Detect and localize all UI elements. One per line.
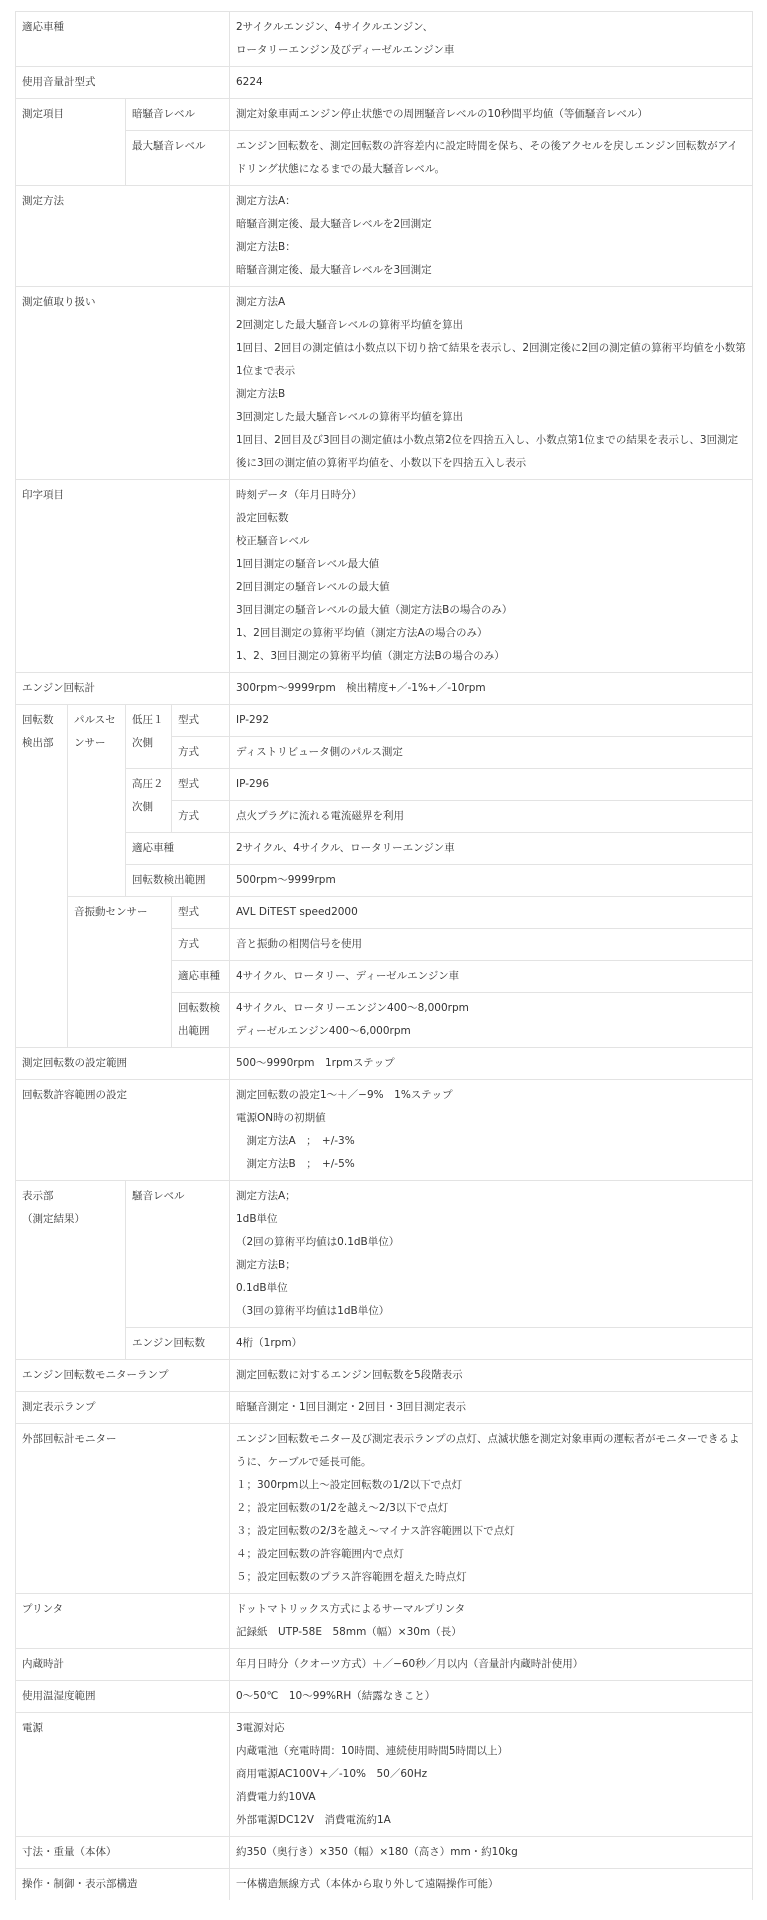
row-sound-meter-model: 使用音量計型式 6224	[16, 67, 753, 99]
value-cell: ドットマトリックス方式によるサーマルプリンタ 記録紙 UTP-58E 58mm（…	[230, 1594, 753, 1649]
value-cell: 一体構造無線方式（本体から取り外して遠隔操作可能）	[230, 1869, 753, 1901]
row-rpm-tolerance: 回転数許容範囲の設定 測定回転数の設定1～＋／−9% 1%ステップ 電源ON時の…	[16, 1080, 753, 1181]
row-power: 電源 3電源対応 内蔵電池（充電時間：10時間、連続使用時間5時間以上） 商用電…	[16, 1713, 753, 1837]
value-cell: 測定方法A； 1dB単位 （2回の算術平均値は0.1dB単位） 測定方法B； 0…	[230, 1181, 753, 1328]
value-cell: 暗騒音測定・1回目測定・2回目・3回目測定表示	[230, 1392, 753, 1424]
value-cell: 測定方法A 2回測定した最大騒音レベルの算術平均値を算出 1回目、2回目の測定値…	[230, 287, 753, 480]
sublabel-cell: 最大騒音レベル	[126, 131, 230, 186]
label-cell: 印字項目	[16, 480, 230, 673]
value-cell: 2サイクルエンジン、4サイクルエンジン、 ロータリーエンジン及びディーゼルエンジ…	[230, 12, 753, 67]
label-cell: 内蔵時計	[16, 1649, 230, 1681]
sublabel-cell: 低圧１次側	[126, 705, 172, 769]
row-pulse-low-model: 回転数検出部 パルスセンサー 低圧１次側 型式 IP-292	[16, 705, 753, 737]
value-cell: AVL DiTEST speed2000	[230, 897, 753, 929]
label-cell: 電源	[16, 1713, 230, 1837]
sublabel-cell: 適応車種	[126, 833, 230, 865]
label-cell: 使用温湿度範囲	[16, 1681, 230, 1713]
row-print-items: 印字項目 時刻データ（年月日時分） 設定回転数 校正騒音レベル 1回目測定の騒音…	[16, 480, 753, 673]
sublabel-cell: 方式	[172, 737, 230, 769]
value-cell: IP-292	[230, 705, 753, 737]
sublabel-cell: エンジン回転数	[126, 1328, 230, 1360]
value-cell: IP-296	[230, 769, 753, 801]
sublabel-cell: 騒音レベル	[126, 1181, 230, 1328]
label-cell: 測定値取り扱い	[16, 287, 230, 480]
label-cell: 表示部 （測定結果）	[16, 1181, 126, 1360]
row-display-rpm: エンジン回転数 4桁（1rpm）	[16, 1328, 753, 1360]
sublabel-cell: 音振動センサー	[68, 897, 172, 1048]
value-cell: 4サイクル、ロータリー、ディーゼルエンジン車	[230, 961, 753, 993]
sublabel-cell: パルスセンサー	[68, 705, 126, 897]
row-value-handling: 測定値取り扱い 測定方法A 2回測定した最大騒音レベルの算術平均値を算出 1回目…	[16, 287, 753, 480]
row-pulse-range: 回転数検出範囲 500rpm～9999rpm	[16, 865, 753, 897]
label-cell: 寸法・重量（本体）	[16, 1837, 230, 1869]
value-cell: エンジン回転数モニター及び測定表示ランプの点灯、点滅状態を測定対象車両の運転者が…	[230, 1424, 753, 1594]
sublabel-cell: 型式	[172, 769, 230, 801]
value-cell: 時刻データ（年月日時分） 設定回転数 校正騒音レベル 1回目測定の騒音レベル最大…	[230, 480, 753, 673]
row-pulse-high-model: 高圧２次側 型式 IP-296	[16, 769, 753, 801]
value-cell: 年月日時分（クオーツ方式）＋／−60秒／月以内（音量計内蔵時計使用）	[230, 1649, 753, 1681]
row-measurement-items-background: 測定項目 暗騒音レベル 測定対象車両エンジン停止状態での周囲騒音レベルの10秒間…	[16, 99, 753, 131]
sublabel-cell: 方式	[172, 929, 230, 961]
label-cell: 測定表示ランプ	[16, 1392, 230, 1424]
row-pulse-vehicle-type: 適応車種 2サイクル、4サイクル、ロータリーエンジン車	[16, 833, 753, 865]
label-cell: エンジン回転数モニターランプ	[16, 1360, 230, 1392]
value-cell: 6224	[230, 67, 753, 99]
row-vibration-model: 音振動センサー 型式 AVL DiTEST speed2000	[16, 897, 753, 929]
row-clock: 内蔵時計 年月日時分（クオーツ方式）＋／−60秒／月以内（音量計内蔵時計使用）	[16, 1649, 753, 1681]
value-cell: 測定回転数に対するエンジン回転数を5段階表示	[230, 1360, 753, 1392]
row-external-monitor: 外部回転計モニター エンジン回転数モニター及び測定表示ランプの点灯、点滅状態を測…	[16, 1424, 753, 1594]
label-cell: 使用音量計型式	[16, 67, 230, 99]
value-cell: 音と振動の相関信号を使用	[230, 929, 753, 961]
spec-table: 適応車種 2サイクルエンジン、4サイクルエンジン、 ロータリーエンジン及びディー…	[15, 11, 753, 1900]
sublabel-cell: 高圧２次側	[126, 769, 172, 833]
row-display-noise: 表示部 （測定結果） 騒音レベル 測定方法A； 1dB単位 （2回の算術平均値は…	[16, 1181, 753, 1328]
value-cell: 500～9990rpm 1rpmステップ	[230, 1048, 753, 1080]
label-cell: 外部回転計モニター	[16, 1424, 230, 1594]
row-structure: 操作・制御・表示部構造 一体構造無線方式（本体から取り外して遠隔操作可能）	[16, 1869, 753, 1901]
sublabel-cell: 回転数検出範囲	[126, 865, 230, 897]
value-cell: 3電源対応 内蔵電池（充電時間：10時間、連続使用時間5時間以上） 商用電源AC…	[230, 1713, 753, 1837]
row-printer: プリンタ ドットマトリックス方式によるサーマルプリンタ 記録紙 UTP-58E …	[16, 1594, 753, 1649]
sublabel-cell: 回転数検出範囲	[172, 993, 230, 1048]
label-cell: 適応車種	[16, 12, 230, 67]
value-cell: 測定方法A： 暗騒音測定後、最大騒音レベルを2回測定 測定方法B： 暗騒音測定後…	[230, 186, 753, 287]
value-cell: 測定対象車両エンジン停止状態での周囲騒音レベルの10秒間平均値（等価騒音レベル）	[230, 99, 753, 131]
label-cell: エンジン回転計	[16, 673, 230, 705]
row-dimensions: 寸法・重量（本体） 約350（奥行き）×350（幅）×180（高さ）mm・約10…	[16, 1837, 753, 1869]
value-cell: 500rpm～9999rpm	[230, 865, 753, 897]
row-measurement-items-max: 最大騒音レベル エンジン回転数を、測定回転数の許容差内に設定時間を保ち、その後ア…	[16, 131, 753, 186]
row-measurement-lamp: 測定表示ランプ 暗騒音測定・1回目測定・2回目・3回目測定表示	[16, 1392, 753, 1424]
value-cell: 0～50℃ 10～99%RH（結露なきこと）	[230, 1681, 753, 1713]
value-cell: 点火プラグに流れる電流磁界を利用	[230, 801, 753, 833]
sublabel-cell: 適応車種	[172, 961, 230, 993]
value-cell: 約350（奥行き）×350（幅）×180（高さ）mm・約10kg	[230, 1837, 753, 1869]
value-cell: 300rpm～9999rpm 検出精度+／-1%+／-10rpm	[230, 673, 753, 705]
label-cell: 測定回転数の設定範囲	[16, 1048, 230, 1080]
label-cell: 回転数検出部	[16, 705, 68, 1048]
row-measurement-method: 測定方法 測定方法A： 暗騒音測定後、最大騒音レベルを2回測定 測定方法B： 暗…	[16, 186, 753, 287]
row-tachometer: エンジン回転計 300rpm～9999rpm 検出精度+／-1%+／-10rpm	[16, 673, 753, 705]
value-cell: 4サイクル、ロータリーエンジン400～8,000rpm ディーゼルエンジン400…	[230, 993, 753, 1048]
value-cell: 4桁（1rpm）	[230, 1328, 753, 1360]
row-temp-humidity: 使用温湿度範囲 0～50℃ 10～99%RH（結露なきこと）	[16, 1681, 753, 1713]
value-cell: 2サイクル、4サイクル、ロータリーエンジン車	[230, 833, 753, 865]
label-cell: 操作・制御・表示部構造	[16, 1869, 230, 1901]
label-cell: 測定方法	[16, 186, 230, 287]
sublabel-cell: 暗騒音レベル	[126, 99, 230, 131]
row-rpm-monitor-lamp: エンジン回転数モニターランプ 測定回転数に対するエンジン回転数を5段階表示	[16, 1360, 753, 1392]
value-cell: エンジン回転数を、測定回転数の許容差内に設定時間を保ち、その後アクセルを戻しエン…	[230, 131, 753, 186]
row-vehicle-type: 適応車種 2サイクルエンジン、4サイクルエンジン、 ロータリーエンジン及びディー…	[16, 12, 753, 67]
value-cell: ディストリビュータ側のパルス測定	[230, 737, 753, 769]
label-cell: プリンタ	[16, 1594, 230, 1649]
sublabel-cell: 方式	[172, 801, 230, 833]
sublabel-cell: 型式	[172, 705, 230, 737]
sublabel-cell: 型式	[172, 897, 230, 929]
row-rpm-setting-range: 測定回転数の設定範囲 500～9990rpm 1rpmステップ	[16, 1048, 753, 1080]
value-cell: 測定回転数の設定1～＋／−9% 1%ステップ 電源ON時の初期値 測定方法A ；…	[230, 1080, 753, 1181]
label-cell: 測定項目	[16, 99, 126, 186]
label-cell: 回転数許容範囲の設定	[16, 1080, 230, 1181]
